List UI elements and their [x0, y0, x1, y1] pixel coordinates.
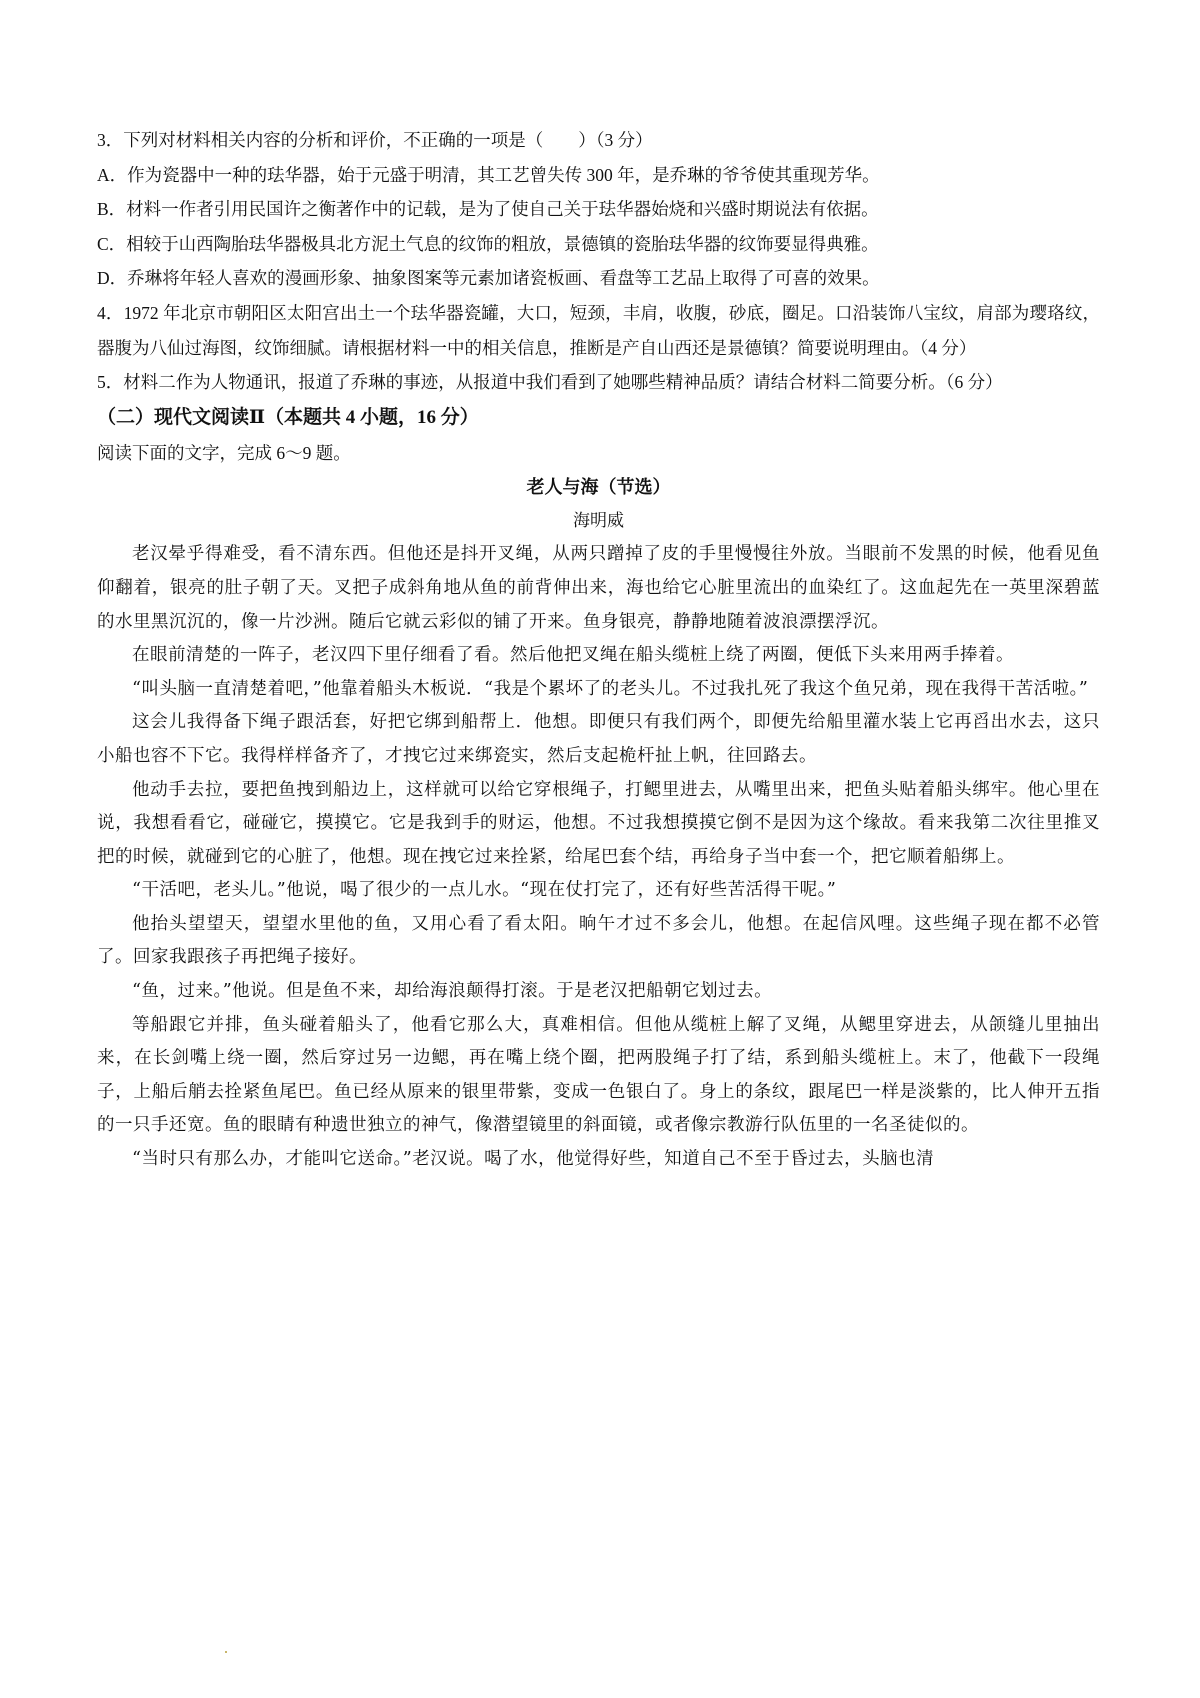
passage-body: 老汉晕乎得难受，看不清东西。但他还是抖开叉绳，从两只蹭掉了皮的手里慢慢往外放。当…: [97, 538, 1100, 1176]
passage-paragraph: “干活吧，老头儿。”他说，喝了很少的一点儿水。“现在仗打完了，还有好些苦活得干呢…: [97, 874, 1100, 908]
exam-page: 3．下列对材料相关内容的分析和评价，不正确的一项是（ ）（3 分） A．作为瓷器…: [97, 123, 1100, 1177]
question-3-option-c: C．相较于山西陶胎珐华器极具北方泥土气息的纹饰的粗放，景德镇的瓷胎珐华器的纹饰要…: [97, 227, 1100, 262]
passage-paragraph: 等船跟它并排，鱼头碰着船头了，他看它那么大，真难相信。但他从缆桩上解了叉绳，从鳃…: [97, 1009, 1100, 1143]
question-3-option-d: D．乔琳将年轻人喜欢的漫画形象、抽象图案等元素加诸瓷板画、看盘等工艺品上取得了可…: [97, 261, 1100, 296]
passage-paragraph: 他抬头望望天，望望水里他的鱼，又用心看了看太阳。晌午才过不多会儿，他想。在起信风…: [97, 908, 1100, 975]
passage-paragraph: “叫头脑一直清楚着吧，”他靠着船头木板说．“我是个累坏了的老头儿。不过我扎死了我…: [97, 673, 1100, 707]
question-4: 4．1972 年北京市朝阳区太阳宫出土一个珐华器瓷罐，大口，短颈，丰肩，收腹，砂…: [97, 296, 1100, 365]
passage-paragraph: 在眼前清楚的一阵子，老汉四下里仔细看了看。然后他把叉绳在船头缆桩上绕了两圈，便低…: [97, 639, 1100, 673]
passage-paragraph: 老汉晕乎得难受，看不清东西。但他还是抖开叉绳，从两只蹭掉了皮的手里慢慢往外放。当…: [97, 538, 1100, 639]
passage-paragraph: “鱼，过来。”他说。但是鱼不来，却给海浪颠得打滚。于是老汉把船朝它划过去。: [97, 975, 1100, 1009]
passage-paragraph: 这会儿我得备下绳子跟活套，好把它绑到船帮上．他想。即便只有我们两个，即便先给船里…: [97, 706, 1100, 773]
question-3-option-a: A．作为瓷器中一种的珐华器，始于元盛于明清，其工艺曾失传 300 年，是乔琳的爷…: [97, 158, 1100, 193]
question-3-stem: 3．下列对材料相关内容的分析和评价，不正确的一项是（ ）（3 分）: [97, 123, 1100, 158]
scan-speck: [225, 1651, 227, 1653]
question-3-option-b: B．材料一作者引用民国许之衡著作中的记载，是为了使自己关于珐华器始烧和兴盛时期说…: [97, 192, 1100, 227]
passage-author: 海明威: [97, 505, 1100, 538]
passage-paragraph: 他动手去拉，要把鱼拽到船边上，这样就可以给它穿根绳子，打鳃里进去，从嘴里出来，把…: [97, 774, 1100, 875]
question-5: 5．材料二作为人物通讯，报道了乔琳的事迹，从报道中我们看到了她哪些精神品质？请结…: [97, 365, 1100, 400]
section-heading: （二）现代文阅读Ⅱ（本题共 4 小题，16 分）: [97, 400, 1100, 436]
passage-paragraph: “当时只有那么办，才能叫它送命。”老汉说。喝了水，他觉得好些，知道自己不至于昏过…: [97, 1143, 1100, 1177]
section-instruction: 阅读下面的文字，完成 6～9 题。: [97, 436, 1100, 471]
passage-title: 老人与海（节选）: [97, 470, 1100, 505]
